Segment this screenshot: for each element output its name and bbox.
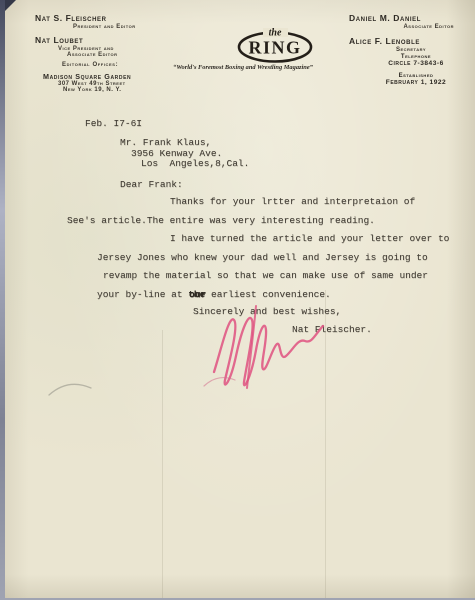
ring-logo: the RING <box>205 24 355 66</box>
paper-fold-crease <box>325 290 326 598</box>
letterhead-left-block: Nat S. Fleischer President and Editor Na… <box>35 13 136 93</box>
letterhead-right-block: Daniel M. Daniel Associate Editor Alice … <box>349 13 454 53</box>
byline-post: earliest convenience. <box>205 289 330 300</box>
office-address-line1: Madison Square Garden <box>35 72 136 81</box>
editorial-offices-label: Editorial Offices: <box>35 62 136 68</box>
letter-paper: Nat S. Fleischer President and Editor Na… <box>5 0 475 598</box>
secretary-name: Alice F. Lenoble <box>349 36 454 46</box>
established-date: February 1, 1922 <box>375 79 457 86</box>
body-line-6: your by-line at theour earliest convenie… <box>97 290 331 300</box>
overstruck-word: theour <box>188 290 205 300</box>
vice-president-title-line2: Associate Editor <box>35 52 136 58</box>
editor-name: Nat S. Fleischer <box>35 13 136 23</box>
faint-ink-mark <box>201 372 239 390</box>
associate-editor-title: Associate Editor <box>349 24 454 30</box>
pencil-mark <box>45 376 97 400</box>
salutation: Dear Frank: <box>120 180 183 190</box>
body-line-5: revamp the material so that we can make … <box>103 271 428 281</box>
editor-title: President and Editor <box>35 24 136 30</box>
recipient-city: Los Angeles,8,Cal. <box>141 159 249 169</box>
associate-editor-name: Daniel M. Daniel <box>349 13 454 23</box>
vice-president-name: Nat Loubet <box>35 35 136 45</box>
body-line-4: Jersey Jones who knew your dad well and … <box>97 253 428 263</box>
letter-date: Feb. I7-6I <box>85 119 142 129</box>
secretary-title: Secretary <box>349 47 454 53</box>
telephone-number: Circle 7-3843-6 <box>375 60 457 67</box>
recipient-street: 3956 Kenway Ave. <box>131 149 222 159</box>
office-address-line3: New York 19, N. Y. <box>35 87 136 93</box>
body-line-3: I have turned the article and your lette… <box>170 234 449 244</box>
ring-logo-ring: RING <box>248 38 301 58</box>
body-line-1: Thanks for your lrtter and interpretaion… <box>170 197 415 207</box>
magazine-tagline: “World's Foremost Boxing and Wrestling M… <box>168 64 318 71</box>
phone-established-block: Telephone Circle 7-3843-6 Established Fe… <box>375 54 457 86</box>
byline-pre: your by-line at <box>97 289 188 300</box>
recipient-name: Mr. Frank Klaus, <box>120 138 211 148</box>
clipped-paper-corner <box>5 0 16 11</box>
scanned-letter-page: Nat S. Fleischer President and Editor Na… <box>0 0 475 600</box>
paper-fold-crease <box>162 330 163 598</box>
body-line-2: See's article.The entire was very intere… <box>67 216 375 226</box>
